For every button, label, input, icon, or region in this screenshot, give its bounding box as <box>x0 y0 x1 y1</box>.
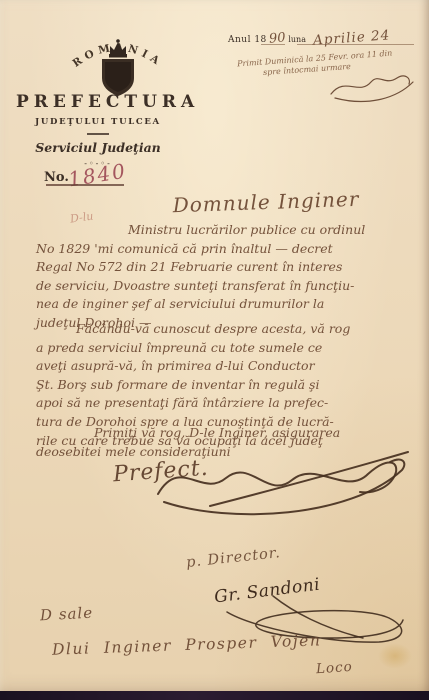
county-subtitle: JUDEŢULUI TULCEA <box>16 117 180 127</box>
crown-icon <box>109 39 127 57</box>
body-paragraph-1: Ministru lucrărilor publice cu ordinul N… <box>36 221 424 333</box>
date-rule <box>297 44 414 45</box>
department-name: Serviciul Judeţian <box>16 140 180 155</box>
salutation: Domnule Inginer <box>138 186 395 219</box>
document-number-label: No. <box>44 170 69 185</box>
director-label: p. Director. <box>185 545 281 571</box>
location-line: Loco <box>315 659 353 678</box>
prefect-signature-flourish <box>150 436 422 526</box>
year-rule <box>261 44 285 45</box>
paper-stain <box>378 643 412 669</box>
month-printed-label: luna <box>288 35 306 44</box>
scanned-letter-page: ROMANIA PREFECTURA JUDEŢULUI TULCEA Serv… <box>0 0 429 700</box>
annotation-signature-flourish <box>325 70 417 104</box>
shield-icon <box>102 59 134 96</box>
addressee-intro: D sale <box>40 604 94 625</box>
prefecture-title: PREFECTURA <box>16 92 180 112</box>
scan-bottom-edge <box>0 691 429 700</box>
document-number-rule <box>46 184 124 186</box>
date-handwritten: Aprilie 24 <box>313 27 391 48</box>
letterhead-divider <box>87 133 109 135</box>
